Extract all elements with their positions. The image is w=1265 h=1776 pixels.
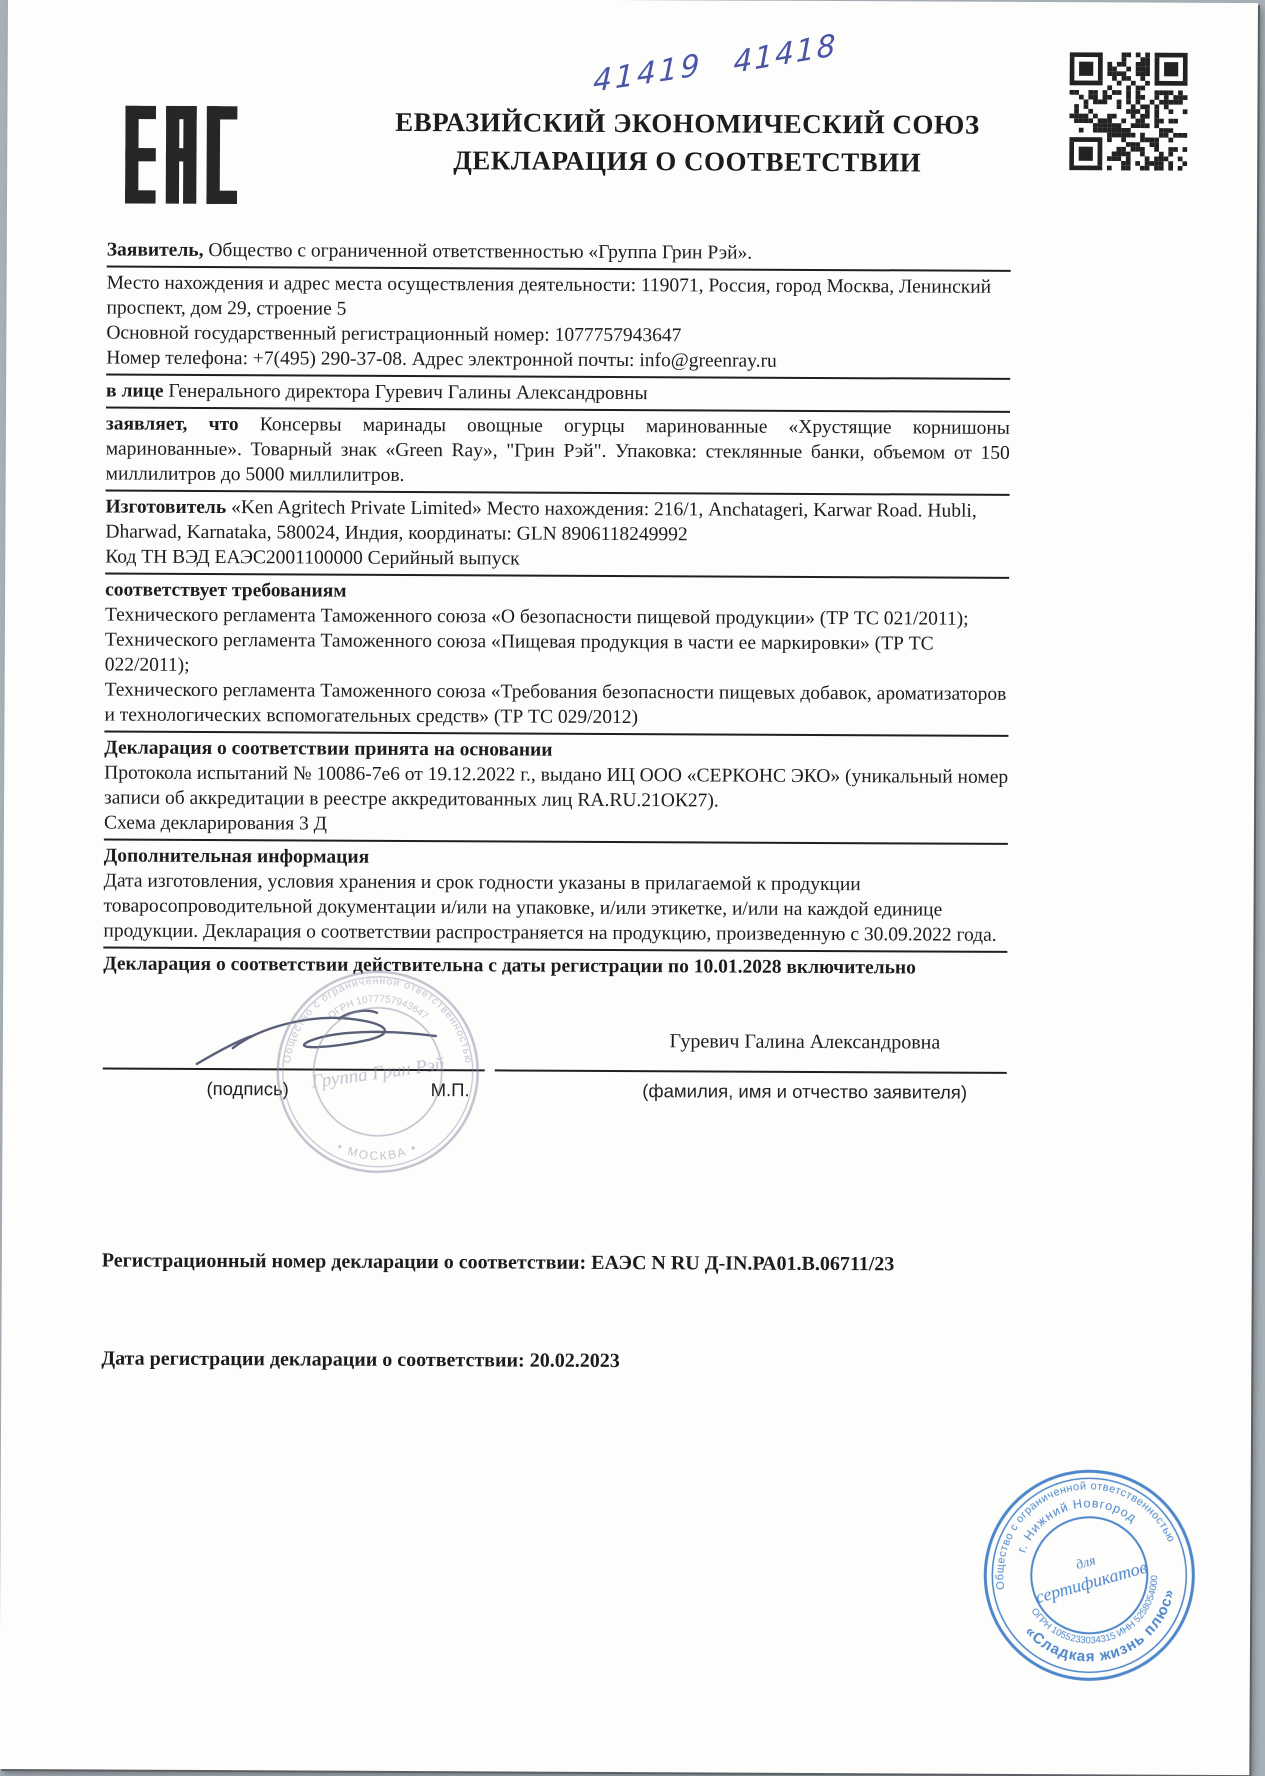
compliance-item: Технического регламента Таможенного союз… [104, 677, 1008, 731]
eac-logo [125, 106, 237, 205]
manufacturer-label: Изготовитель [105, 496, 226, 518]
represented-by-value: Генерального директора Гуревич Галины Ал… [164, 381, 648, 404]
svg-text:Общество с ограниченной ответс: Общество с ограниченной ответственностью [281, 974, 475, 1065]
tnved-code-line: Код ТН ВЭД ЕАЭС2001100000 Серийный выпус… [105, 544, 1009, 573]
blue-round-stamp: Общество с ограниченной ответственностью… [950, 1436, 1229, 1715]
declares-paragraph: заявляет, что Консервы маринады овощные … [106, 411, 1010, 490]
svg-text:• МОСКВА •: • МОСКВА • [335, 1140, 420, 1164]
applicant-round-stamp: Общество с ограниченной ответственностью… [264, 958, 491, 1185]
manufacturer-value: «Ken Agritech Private Limited» Место нах… [105, 497, 976, 545]
document-page: 41419 41418 ЕВРАЗИЙСКИЙ ЭКОНОМИЧЕСКИЙ СО… [0, 0, 1258, 1775]
applicant-line: Заявитель, Общество с ограниченной ответ… [107, 237, 1011, 266]
handwritten-numbers: 41419 41418 [582, 34, 912, 106]
applicant-value: Общество с ограниченной ответственностью… [203, 240, 752, 264]
applicant-address: Место нахождения и адрес места осуществл… [106, 270, 1010, 324]
signer-name: Гуревич Галина Александровна [603, 1030, 1007, 1055]
additional-info-text: Дата изготовления, условия хранения и ср… [103, 868, 1007, 947]
applicant-label: Заявитель, [107, 239, 204, 260]
represented-by-line: в лице Генерального директора Гуревич Га… [106, 378, 1010, 407]
declares-label: заявляет, что [106, 413, 239, 435]
declares-value: Консервы маринады овощные огурцы маринов… [106, 414, 1010, 486]
scanned-declaration-document: { "handwritten": {"num1": "41419", "num2… [0, 0, 1265, 1776]
gray-stamp-city: • МОСКВА • [335, 1140, 420, 1164]
header-union-name: ЕВРАЗИЙСКИЙ ЭКОНОМИЧЕСКИЙ СОЮЗ [307, 102, 1067, 144]
name-line [495, 1069, 1007, 1074]
registration-date-line: Дата регистрации декларации о соответств… [101, 1347, 1041, 1375]
basis-scheme: Схема декларирования 3 Д [104, 810, 1008, 839]
document-header: ЕВРАЗИЙСКИЙ ЭКОНОМИЧЕСКИЙ СОЮЗ ДЕКЛАРАЦИ… [307, 102, 1067, 182]
header-doc-title: ДЕКЛАРАЦИЯ О СООТВЕТСТВИИ [307, 140, 1067, 182]
qr-code [1069, 52, 1188, 171]
basis-protocol: Протокола испытаний № 10086-7е6 от 19.12… [104, 760, 1008, 814]
handwritten-number-2: 41418 [733, 28, 837, 81]
handwritten-number-1: 41419 [593, 47, 703, 99]
represented-by-label: в лице [106, 380, 164, 401]
gray-stamp-company-name: Группа Грин Рэй [309, 1054, 446, 1093]
gray-stamp-ring-text: Общество с ограниченной ответственностью [281, 974, 475, 1065]
name-caption: (фамилия, имя и отчество заявителя) [603, 1080, 1007, 1104]
compliance-item: Технического регламента Таможенного союз… [105, 627, 1009, 681]
document-body: Заявитель, Общество с ограниченной ответ… [103, 237, 1011, 980]
manufacturer-paragraph: Изготовитель «Ken Agritech Private Limit… [105, 494, 1009, 548]
applicant-phone-email: Номер телефона: +7(495) 290-37-08. Адрес… [106, 345, 1010, 374]
registration-number-line: Регистрационный номер декларации о соотв… [102, 1249, 1042, 1277]
validity-line: Декларация о соответствии действительна … [103, 951, 1007, 980]
